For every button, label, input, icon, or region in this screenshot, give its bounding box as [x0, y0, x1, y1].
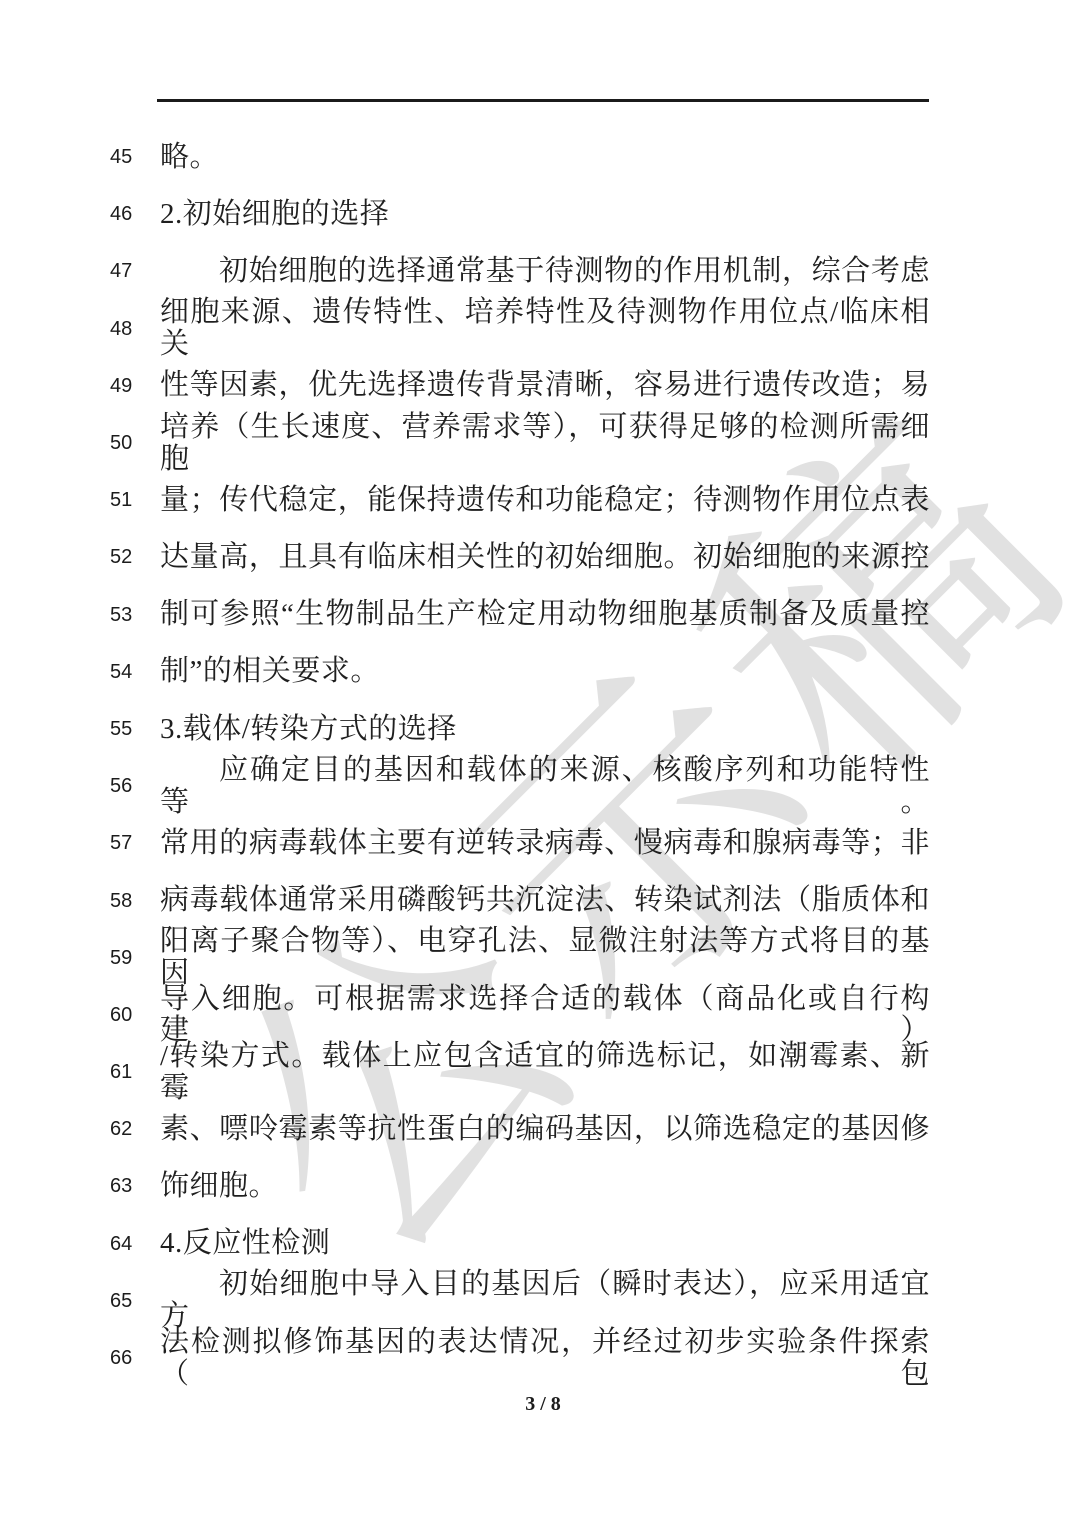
line-number: 47: [110, 260, 156, 283]
page-number: 3 / 8: [157, 1393, 929, 1416]
line-text: 应确定目的基因和载体的来源、核酸序列和功能特性等。: [160, 755, 930, 819]
line-text: 常用的病毒载体主要有逆转录病毒、慢病毒和腺病毒等；非: [160, 828, 930, 860]
line-text: 导入细胞。可根据需求选择合适的载体（商品化或自行构建）: [160, 984, 930, 1048]
line-text: 细胞来源、遗传特性、培养特性及待测物作用位点/临床相关: [160, 297, 930, 361]
document-line: 54制”的相关要求。: [0, 644, 1080, 701]
document-line: 462.初始细胞的选择: [0, 186, 1080, 243]
line-text: 2.初始细胞的选择: [160, 199, 930, 231]
document-line: 553.载体/转染方式的选择: [0, 701, 1080, 758]
document-line: 45略。: [0, 129, 1080, 186]
line-text: 初始细胞的选择通常基于待测物的作用机制，综合考虑: [160, 256, 930, 288]
document-line: 62素、嘌呤霉素等抗性蛋白的编码基因，以筛选稳定的基因修: [0, 1101, 1080, 1158]
line-text: /转染方式。载体上应包含适宜的筛选标记，如潮霉素、新霉: [160, 1041, 930, 1105]
document-line: 51量；传代稳定，能保持遗传和功能稳定；待测物作用位点表: [0, 472, 1080, 529]
document-line: 47初始细胞的选择通常基于待测物的作用机制，综合考虑: [0, 243, 1080, 300]
header-rule: [157, 99, 929, 102]
line-number: 65: [110, 1290, 156, 1313]
document-line: 60导入细胞。可根据需求选择合适的载体（商品化或自行构建）: [0, 987, 1080, 1044]
document-line: 53制可参照“生物制品生产检定用动物细胞基质制备及质量控: [0, 587, 1080, 644]
document-line: 50培养（生长速度、营养需求等），可获得足够的检测所需细胞: [0, 415, 1080, 472]
line-number: 59: [110, 947, 156, 970]
line-number: 56: [110, 775, 156, 798]
line-text: 阳离子聚合物等）、电穿孔法、显微注射法等方式将目的基因: [160, 926, 930, 990]
document-line: 66法检测拟修饰基因的表达情况，并经过初步实验条件探索（包: [0, 1330, 1080, 1387]
line-text: 量；传代稳定，能保持遗传和功能稳定；待测物作用位点表: [160, 485, 930, 517]
line-number: 49: [110, 375, 156, 398]
line-number: 66: [110, 1347, 156, 1370]
line-text: 病毒载体通常采用磷酸钙共沉淀法、转染试剂法（脂质体和: [160, 885, 930, 917]
document-line: 61/转染方式。载体上应包含适宜的筛选标记，如潮霉素、新霉: [0, 1044, 1080, 1101]
line-text: 法检测拟修饰基因的表达情况，并经过初步实验条件探索（包: [160, 1327, 930, 1391]
document-line: 56应确定目的基因和载体的来源、核酸序列和功能特性等。: [0, 758, 1080, 815]
line-text: 素、嘌呤霉素等抗性蛋白的编码基因，以筛选稳定的基因修: [160, 1114, 930, 1146]
line-number: 55: [110, 718, 156, 741]
document-line: 65初始细胞中导入目的基因后（瞬时表达），应采用适宜方: [0, 1273, 1080, 1330]
line-text: 制可参照“生物制品生产检定用动物细胞基质制备及质量控: [160, 599, 930, 631]
document-page: 公示稿 45略。462.初始细胞的选择47初始细胞的选择通常基于待测物的作用机制…: [0, 0, 1080, 1528]
line-number: 62: [110, 1118, 156, 1141]
line-number: 51: [110, 489, 156, 512]
line-number: 45: [110, 146, 156, 169]
line-number: 61: [110, 1061, 156, 1084]
line-text: 性等因素，优先选择遗传背景清晰，容易进行遗传改造；易: [160, 370, 930, 402]
line-number: 52: [110, 546, 156, 569]
line-number: 54: [110, 661, 156, 684]
line-text: 略。: [160, 142, 930, 174]
document-line: 48细胞来源、遗传特性、培养特性及待测物作用位点/临床相关: [0, 301, 1080, 358]
line-text: 制”的相关要求。: [160, 656, 930, 688]
line-text: 4.反应性检测: [160, 1228, 930, 1260]
line-number: 63: [110, 1175, 156, 1198]
line-number: 53: [110, 604, 156, 627]
line-text: 初始细胞中导入目的基因后（瞬时表达），应采用适宜方: [160, 1269, 930, 1333]
line-text: 饰细胞。: [160, 1171, 930, 1203]
document-line: 644.反应性检测: [0, 1216, 1080, 1273]
line-number: 60: [110, 1004, 156, 1027]
line-text: 达量高，且具有临床相关性的初始细胞。初始细胞的来源控: [160, 542, 930, 574]
document-line: 59阳离子聚合物等）、电穿孔法、显微注射法等方式将目的基因: [0, 930, 1080, 987]
line-number: 58: [110, 890, 156, 913]
document-line: 58病毒载体通常采用磷酸钙共沉淀法、转染试剂法（脂质体和: [0, 872, 1080, 929]
line-number: 46: [110, 203, 156, 226]
line-number: 64: [110, 1233, 156, 1256]
document-lines: 45略。462.初始细胞的选择47初始细胞的选择通常基于待测物的作用机制，综合考…: [0, 129, 1080, 1387]
document-line: 52达量高，且具有临床相关性的初始细胞。初始细胞的来源控: [0, 529, 1080, 586]
document-line: 63饰细胞。: [0, 1158, 1080, 1215]
line-text: 3.载体/转染方式的选择: [160, 714, 930, 746]
line-number: 50: [110, 432, 156, 455]
document-line: 57常用的病毒载体主要有逆转录病毒、慢病毒和腺病毒等；非: [0, 815, 1080, 872]
line-text: 培养（生长速度、营养需求等），可获得足够的检测所需细胞: [160, 412, 930, 476]
document-line: 49性等因素，优先选择遗传背景清晰，容易进行遗传改造；易: [0, 358, 1080, 415]
line-number: 57: [110, 832, 156, 855]
line-number: 48: [110, 318, 156, 341]
